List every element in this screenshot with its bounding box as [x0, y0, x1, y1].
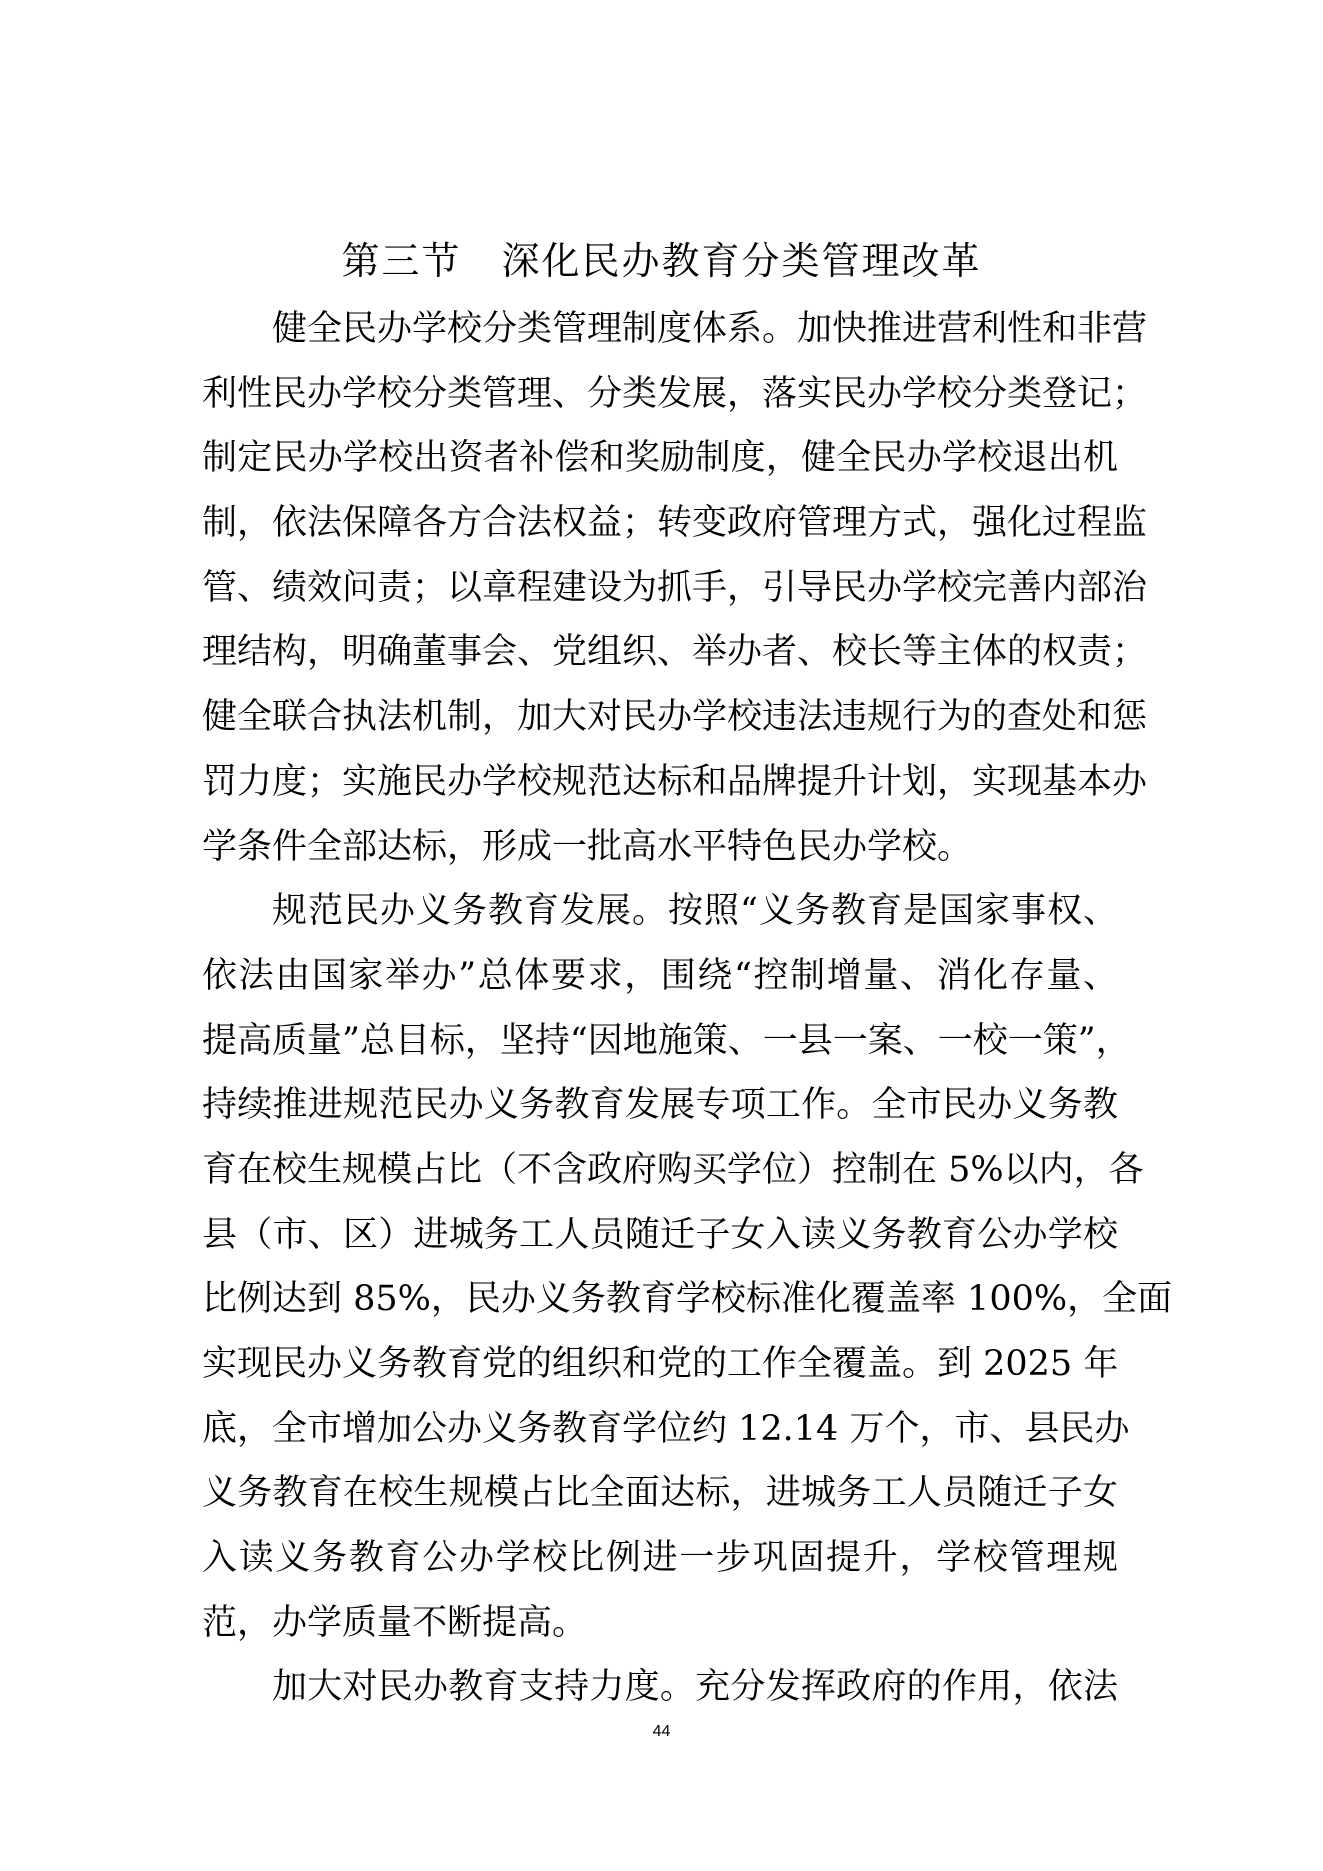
text-line: 规范民办义务教育发展。按照“义务教育是国家事权、: [202, 879, 1118, 944]
text-line: 利性民办学校分类管理、分类发展，落实民办学校分类登记；: [202, 362, 1118, 427]
text-line: 罚力度；实施民办学校规范达标和品牌提升计划，实现基本办: [202, 750, 1118, 815]
text-line: 义务教育在校生规模占比全面达标，进城务工人员随迁子女: [202, 1461, 1118, 1526]
text-line: 育在校生规模占比（不含政府购买学位）控制在 5%以内，各: [202, 1138, 1118, 1203]
text-line: 底，全市增加公办义务教育学位约 12.14 万个，市、县民办: [202, 1397, 1118, 1462]
text-line: 入读义务教育公办学校比例进一步巩固提升，学校管理规: [202, 1526, 1118, 1591]
text-line: 县（市、区）进城务工人员随迁子女入读义务教育公办学校: [202, 1203, 1118, 1268]
text-line: 理结构，明确董事会、党组织、举办者、校长等主体的权责；: [202, 620, 1118, 685]
text-line: 健全联合执法机制，加大对民办学校违法违规行为的查处和惩: [202, 685, 1118, 750]
text-line: 范，办学质量不断提高。: [202, 1591, 1118, 1656]
text-line: 依法由国家举办”总体要求，围绕“控制增量、消化存量、: [202, 944, 1118, 1009]
text-line: 比例达到 85%，民办义务教育学校标准化覆盖率 100%，全面: [202, 1267, 1118, 1332]
text-line: 管、绩效问责；以章程建设为抓手，引导民办学校完善内部治: [202, 556, 1118, 621]
document-page: 第三节 深化民办教育分类管理改革 健全民办学校分类管理制度体系。加快推进营利性和…: [0, 0, 1323, 1871]
text-line: 健全民办学校分类管理制度体系。加快推进营利性和非营: [202, 297, 1118, 362]
page-number: 44: [0, 1722, 1323, 1742]
paragraph-compulsory-education: 规范民办义务教育发展。按照“义务教育是国家事权、 依法由国家举办”总体要求，围绕…: [202, 879, 1118, 1655]
text-line: 制定民办学校出资者补偿和奖励制度，健全民办学校退出机: [202, 426, 1118, 491]
body-text: 健全民办学校分类管理制度体系。加快推进营利性和非营 利性民办学校分类管理、分类发…: [202, 297, 1118, 1720]
text-line: 加大对民办教育支持力度。充分发挥政府的作用，依法: [202, 1655, 1118, 1720]
text-line: 持续推进规范民办义务教育发展专项工作。全市民办义务教: [202, 1073, 1118, 1138]
text-line: 提高质量”总目标，坚持“因地施策、一县一案、一校一策”，: [202, 1009, 1118, 1074]
section-heading: 第三节 深化民办教育分类管理改革: [0, 236, 1323, 286]
text-line: 制，依法保障各方合法权益；转变政府管理方式，强化过程监: [202, 491, 1118, 556]
paragraph-classified-management: 健全民办学校分类管理制度体系。加快推进营利性和非营 利性民办学校分类管理、分类发…: [202, 297, 1118, 879]
text-line: 实现民办义务教育党的组织和党的工作全覆盖。到 2025 年: [202, 1332, 1118, 1397]
paragraph-support: 加大对民办教育支持力度。充分发挥政府的作用，依法: [202, 1655, 1118, 1720]
text-line: 学条件全部达标，形成一批高水平特色民办学校。: [202, 815, 1118, 880]
